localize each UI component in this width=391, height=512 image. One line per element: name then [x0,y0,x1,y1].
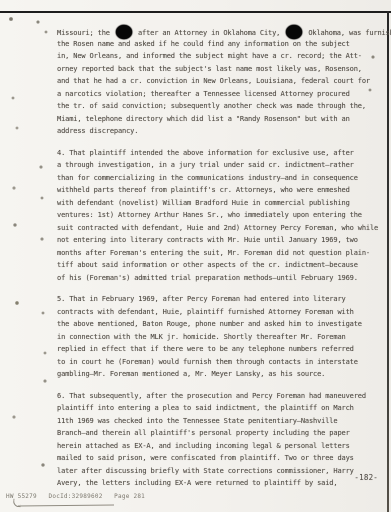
text-line: a through investigation, in a jury trial… [57,159,383,172]
text-line: Avery, the letters including EX-A were r… [57,477,383,490]
text-line: to in court he (Foreman) would furnish t… [57,356,383,369]
text-line: contracts with defendant, Huie, plaintif… [57,306,383,319]
scan-artifact-underline [18,504,114,506]
text-line: withheld parts thereof from plaintiff's … [57,184,383,197]
text-line: in connection with the MLK jr. homicide.… [57,331,383,344]
paragraph-5: 5. That in February 1969, after Percy Fo… [57,293,383,381]
text-line: of his (Foreman's) admitted trial prepar… [57,272,383,285]
text-line: orney reported back that the subject's l… [57,63,383,76]
text-line: ventures: 1st) Attorney Arthur Hanes Sr.… [57,209,383,222]
text-line: Miami, telephone directory which did lis… [57,113,383,126]
text-line: suit contracted with defendant, Huie and… [57,222,383,235]
scan-edge-line-top [0,11,391,13]
text-line: 6. That subsequently, after the prosecut… [57,390,383,403]
text-line: and that he had a cr. conviction in New … [57,75,383,88]
scan-edge-line-right [387,11,389,512]
paragraph-4: 4. That plaintiff intended the above inf… [57,147,383,285]
text-line: the Rosen name and asked if he could fin… [57,38,383,51]
text-line: than for commercializing in the communic… [57,172,383,185]
text-line: replied in effect that if there were to … [57,343,383,356]
text-line: the tr. of said conviction; subsequently… [57,100,383,113]
page-number: -182- [354,473,378,482]
paragraph-3-continuation: Missouri; the after an Attorney in Oklah… [57,25,383,138]
redaction-mark [286,25,302,39]
text-line: 4. That plaintiff intended the above inf… [57,147,383,160]
text-line: the above mentioned, Baton Rouge, phone … [57,318,383,331]
text-line: 11th 1969 was checked into the Tennessee… [57,415,383,428]
text-line: months after Foreman's entering the suit… [57,247,383,260]
text-line: tiff about said information or other asp… [57,259,383,272]
scan-specks [0,0,2,2]
document-text: Missouri; the after an Attorney in Oklah… [57,25,383,490]
text-line: mailed to said prison, were confiscated … [57,452,383,465]
text-line: gambling—Mr. Foreman mentioned a, Mr. Me… [57,368,383,381]
text-line: 5. That in February 1969, after Percy Fo… [57,293,383,306]
paragraph-6: 6. That subsequently, after the prosecut… [57,390,383,490]
text-line: plaintiff into entering a plea to said i… [57,402,383,415]
text-line: address discrepancy. [57,125,383,138]
redaction-mark [116,25,132,39]
text-line: herein attached as EX-A, and including i… [57,440,383,453]
text-line: in, New Orleans, and informed the subjec… [57,50,383,63]
text-line: with defendant (novelist) William Bradfo… [57,197,383,210]
scanned-page: Missouri; the after an Attorney in Oklah… [0,0,391,512]
text-line: a narcotics violation; thereafter a Tenn… [57,88,383,101]
text-line: later after discussing briefly with Stat… [57,465,383,478]
text-line: Branch—and therein all plaintiff's perso… [57,427,383,440]
text-line: Missouri; the after an Attorney in Oklah… [57,25,383,38]
text-line: not entering into literary contracts wit… [57,234,383,247]
document-id-footer: HW 55279 DocId:32989602 Page 281 [6,493,145,500]
